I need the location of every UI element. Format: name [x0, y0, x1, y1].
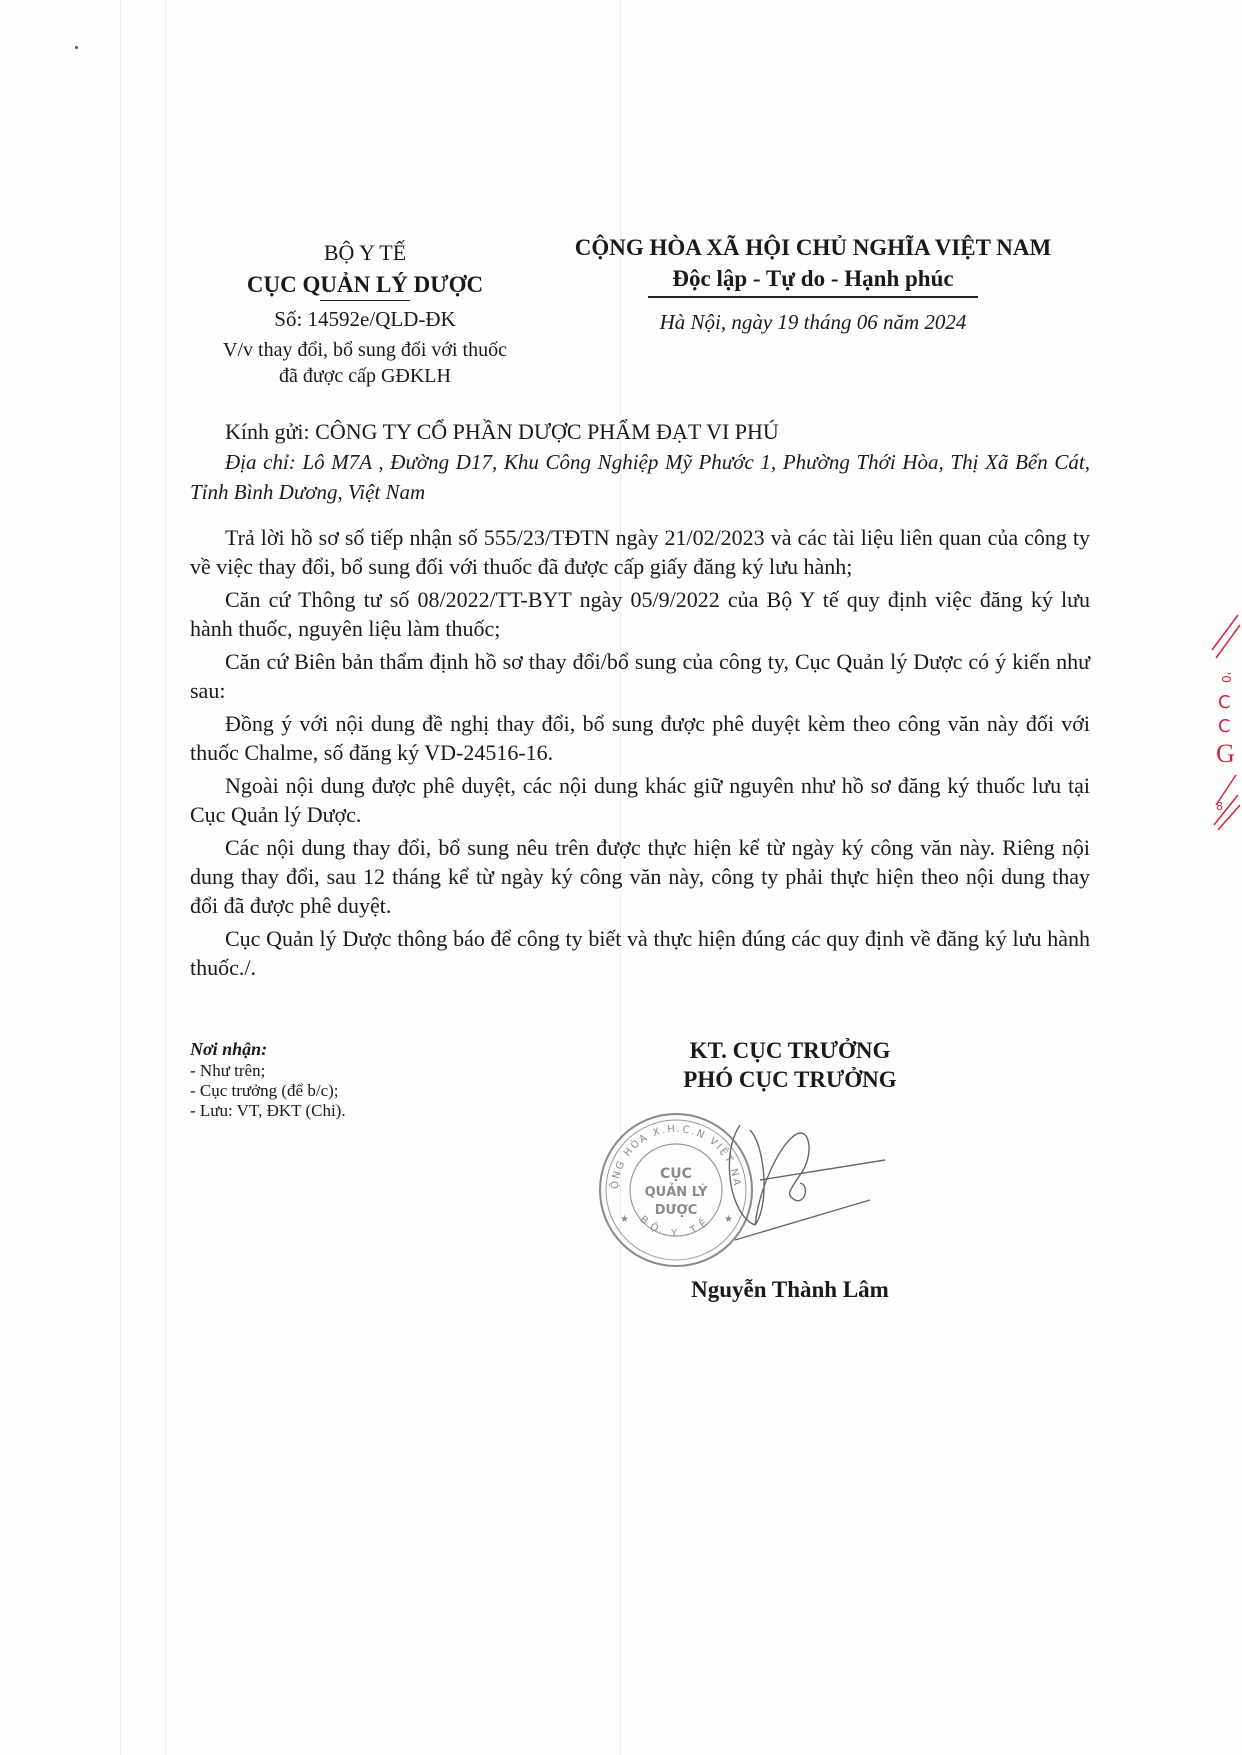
handwritten-signature-icon [700, 1115, 900, 1245]
svg-text:QUẢN LÝ: QUẢN LÝ [645, 1183, 708, 1200]
svg-text:8: 8 [1216, 800, 1223, 813]
place-date: Hà Nội, ngày 19 tháng 06 năm 2024 [548, 304, 1078, 340]
body-paragraph: Trả lời hồ sơ số tiếp nhận số 555/23/TĐT… [190, 523, 1090, 581]
svg-text:★: ★ [620, 1214, 629, 1225]
scan-fold-line [165, 0, 166, 1755]
svg-text:DƯỢC: DƯỢC [655, 1203, 698, 1218]
scan-speck [75, 46, 78, 49]
svg-text:G: G [1216, 739, 1235, 768]
distribution-title: Nơi nhận: [190, 1037, 346, 1061]
body-paragraph: Đồng ý với nội dung đề nghị thay đổi, bổ… [190, 709, 1090, 767]
subject-line-2: đã được cấp GĐKLH [190, 363, 540, 389]
addressee: Kính gửi: CÔNG TY CỔ PHẦN DƯỢC PHẨM ĐẠT … [225, 417, 779, 447]
distribution-item: - Như trên; [190, 1061, 346, 1081]
distribution-item: - Cục trưởng (để b/c); [190, 1081, 346, 1101]
national-motto: Độc lập - Tự do - Hạnh phúc [548, 264, 1078, 294]
agency-name: CỤC QUẢN LÝ DƯỢC [190, 270, 540, 300]
motto-underline [648, 296, 978, 298]
body-paragraph: Các nội dung thay đổi, bổ sung nêu trên … [190, 833, 1090, 920]
svg-text:CỤC: CỤC [660, 1166, 692, 1182]
subject-line-1: V/v thay đổi, bổ sung đối với thuốc [190, 337, 540, 363]
document-number: Số: 14592e/QLD-ĐK [190, 301, 540, 337]
signer-name: Nguyễn Thành Lâm [620, 1277, 960, 1303]
svg-text:C: C [1218, 716, 1231, 737]
document-page: BỘ Y TẾ CỤC QUẢN LÝ DƯỢC Số: 14592e/QLD-… [0, 0, 1242, 1755]
svg-text:'0: '0 [1219, 672, 1233, 683]
scan-fold-line [120, 0, 121, 1755]
body-paragraph: Ngoài nội dung được phê duyệt, các nội d… [190, 771, 1090, 829]
body-paragraph: Cục Quản lý Dược thông báo để công ty bi… [190, 924, 1090, 982]
svg-text:C: C [1218, 692, 1231, 713]
issuer-header: BỘ Y TẾ CỤC QUẢN LÝ DƯỢC Số: 14592e/QLD-… [190, 236, 540, 389]
letter-body: Trả lời hồ sơ số tiếp nhận số 555/23/TĐT… [190, 523, 1090, 986]
distribution-list: Nơi nhận: - Như trên; - Cục trưởng (để b… [190, 1037, 346, 1121]
body-paragraph: Căn cứ Biên bản thẩm định hồ sơ thay đổi… [190, 647, 1090, 705]
signature-title-2: PHÓ CỤC TRƯỞNG [620, 1065, 960, 1094]
republic-title: CỘNG HÒA XÃ HỘI CHỦ NGHĨA VIỆT NAM [548, 232, 1078, 264]
signature-title-1: KT. CỤC TRƯỞNG [620, 1036, 960, 1065]
addressee-address: Địa chỉ: Lô M7A , Đường D17, Khu Công Ng… [190, 447, 1090, 507]
signature-block: KT. CỤC TRƯỞNG PHÓ CỤC TRƯỞNG [620, 1036, 960, 1094]
distribution-item: - Lưu: VT, ĐKT (Chi). [190, 1101, 346, 1121]
edge-stamp-icon: '0 C C G 8 [1208, 610, 1242, 830]
ministry-name: BỘ Y TẾ [190, 236, 540, 270]
national-header: CỘNG HÒA XÃ HỘI CHỦ NGHĨA VIỆT NAM Độc l… [548, 232, 1078, 340]
body-paragraph: Căn cứ Thông tư số 08/2022/TT-BYT ngày 0… [190, 585, 1090, 643]
